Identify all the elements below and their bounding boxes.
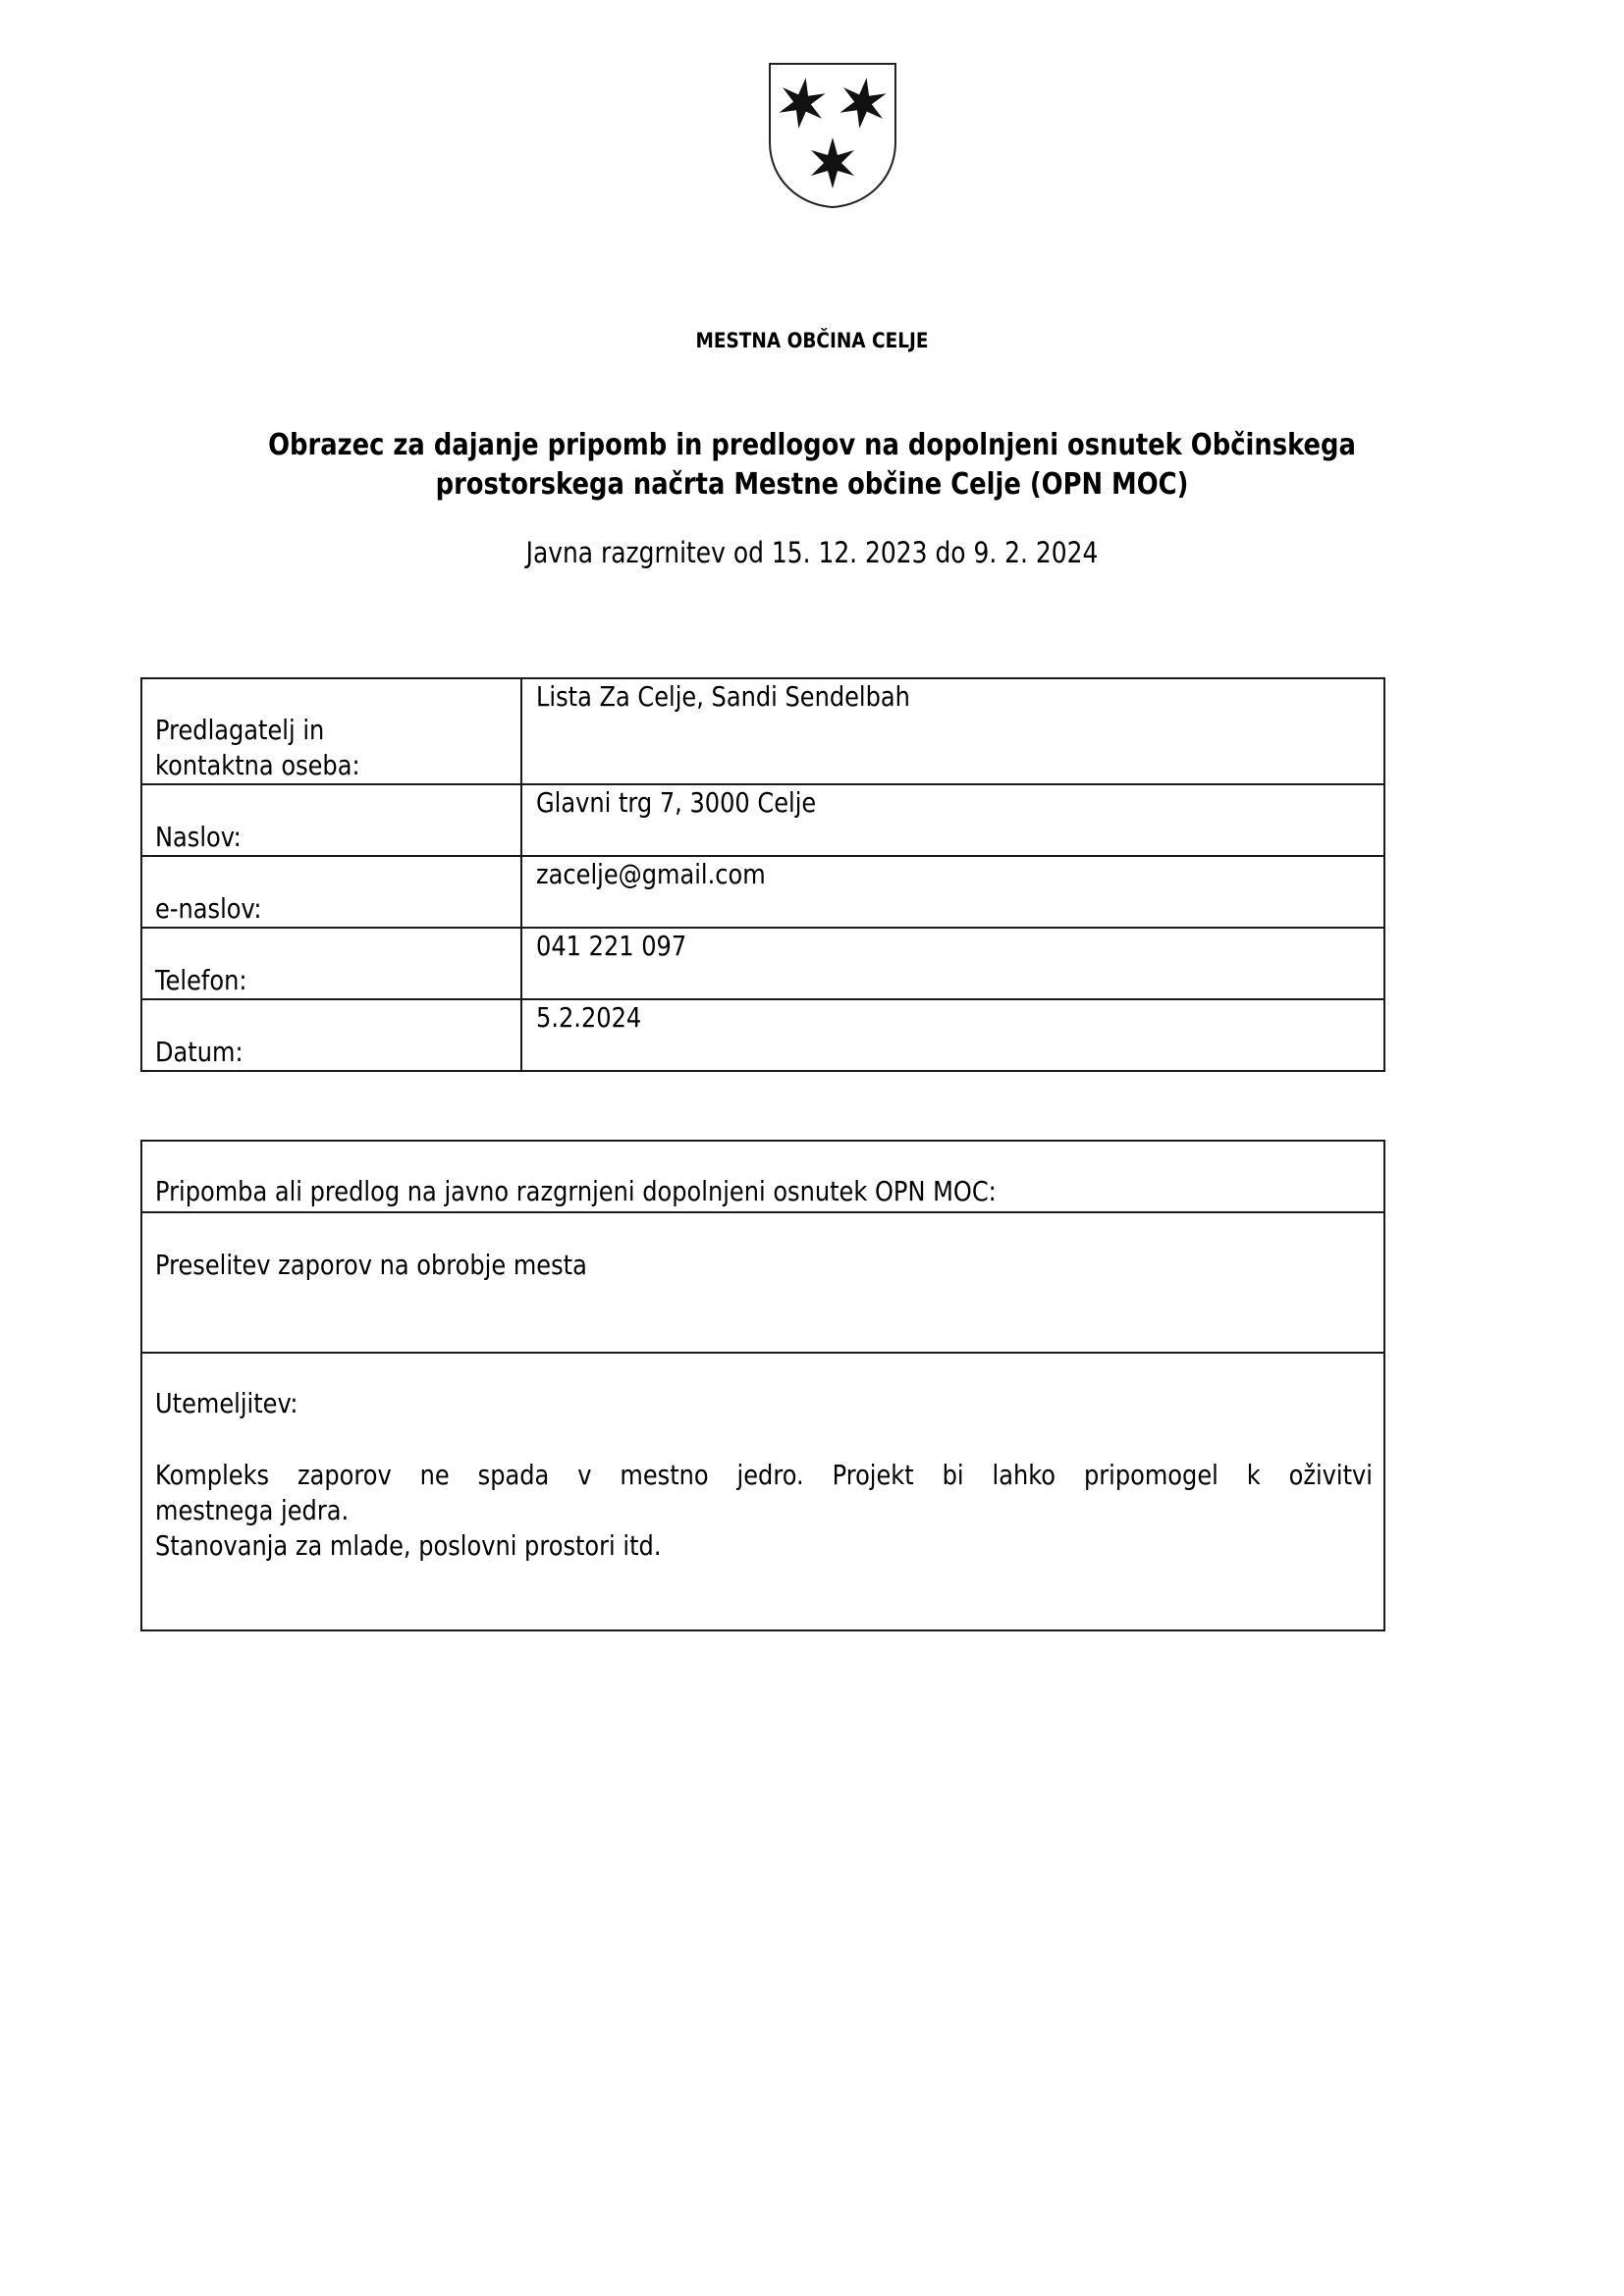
comment-table: Pripomba ali predlog na javno razgrnjeni…	[140, 1140, 1385, 1631]
field-value: zacelje@gmail.com	[536, 857, 1265, 892]
field-value: Lista Za Celje, Sandi Sendelbah	[536, 679, 1265, 715]
field-value: 5.2.2024	[536, 1000, 1265, 1036]
table-row: Preselitev zaporov na obrobje mesta	[141, 1212, 1384, 1353]
field-label-line: Datum:	[155, 1035, 469, 1070]
table-row: e-naslov: zacelje@gmail.com	[141, 856, 1384, 928]
field-label-line: Predlagatelj in	[155, 713, 469, 748]
field-value: Glavni trg 7, 3000 Celje	[536, 785, 1265, 821]
email-field[interactable]: zacelje@gmail.com	[521, 856, 1384, 928]
justification-label: Utemeljitev:	[155, 1386, 1201, 1421]
paragraph-spacer	[155, 1421, 1371, 1458]
contact-table: Predlagatelj in kontaktna oseba: Lista Z…	[140, 677, 1385, 1072]
document-title-line: Obrazec za dajanje pripomb in predlogov …	[114, 426, 1510, 465]
comment-heading: Pripomba ali predlog na javno razgrnjeni…	[141, 1141, 1384, 1212]
field-label: Datum:	[141, 999, 521, 1071]
document-subtitle: Javna razgrnitev od 15. 12. 2023 do 9. 2…	[114, 536, 1510, 569]
field-label-line: e-naslov:	[155, 891, 469, 927]
field-label-line: Naslov:	[155, 820, 469, 855]
justification-line: mestnega jedra.	[155, 1493, 1201, 1528]
proposal-field[interactable]: Preselitev zaporov na obrobje mesta	[141, 1212, 1384, 1353]
field-label-line: Telefon:	[155, 963, 469, 998]
field-value: 041 221 097	[536, 929, 1265, 964]
table-row: Pripomba ali predlog na javno razgrnjeni…	[141, 1141, 1384, 1212]
proposer-field[interactable]: Lista Za Celje, Sandi Sendelbah	[521, 678, 1384, 784]
coat-of-arms-three-stars-icon	[768, 62, 897, 209]
justification-line: Kompleks zaporov ne spada v mestno jedro…	[155, 1458, 1373, 1493]
table-row: Predlagatelj in kontaktna oseba: Lista Z…	[141, 678, 1384, 784]
justification-line: Stanovanja za mlade, poslovni prostori i…	[155, 1528, 1201, 1564]
field-label: Telefon:	[141, 928, 521, 999]
field-label: Naslov:	[141, 784, 521, 856]
comment-heading-text: Pripomba ali predlog na javno razgrnjeni…	[155, 1174, 1201, 1211]
field-label: Predlagatelj in kontaktna oseba:	[141, 678, 521, 784]
document-title-line: prostorskega načrta Mestne občine Celje …	[114, 465, 1510, 505]
phone-field[interactable]: 041 221 097	[521, 928, 1384, 999]
document-title: Obrazec za dajanje pripomb in predlogov …	[0, 426, 1624, 505]
proposal-text: Preselitev zaporov na obrobje mesta	[155, 1248, 1201, 1283]
field-label: e-naslov:	[141, 856, 521, 928]
table-row: Telefon: 041 221 097	[141, 928, 1384, 999]
justification-field[interactable]: Utemeljitev: Kompleks zaporov ne spada v…	[141, 1353, 1384, 1630]
date-field[interactable]: 5.2.2024	[521, 999, 1384, 1071]
field-label-line: kontaktna oseba:	[155, 748, 469, 783]
table-row: Datum: 5.2.2024	[141, 999, 1384, 1071]
organization-name: MESTNA OBČINA CELJE	[97, 329, 1527, 352]
address-field[interactable]: Glavni trg 7, 3000 Celje	[521, 784, 1384, 856]
table-row: Naslov: Glavni trg 7, 3000 Celje	[141, 784, 1384, 856]
table-row: Utemeljitev: Kompleks zaporov ne spada v…	[141, 1353, 1384, 1630]
